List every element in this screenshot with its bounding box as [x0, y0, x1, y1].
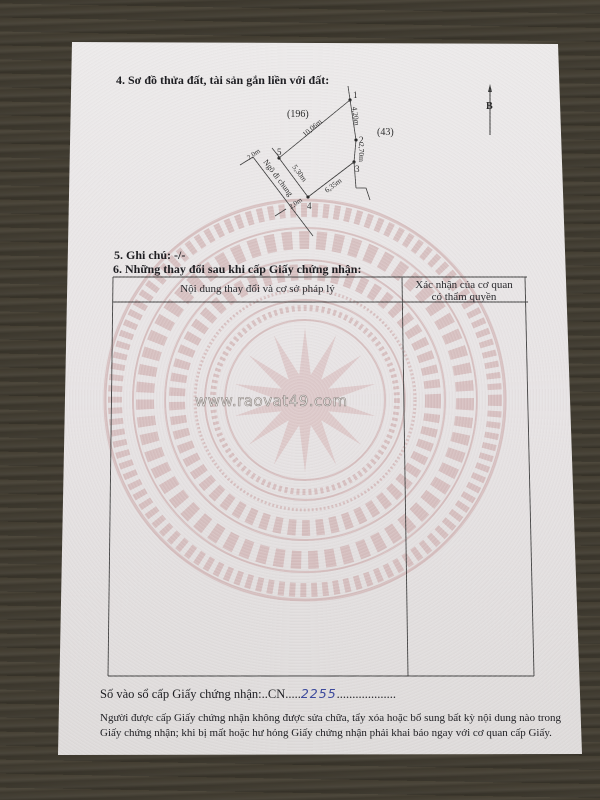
registry-number-handwritten: 2255: [301, 686, 337, 701]
edge-length-5-1: 10,06m: [301, 117, 324, 139]
neighbor-parcel-196: (196): [287, 109, 309, 120]
section-4-title: 4. Sơ đồ thửa đất, tài sản gắn liền với …: [116, 73, 329, 88]
notice-line-1: Người được cấp Giấy chứng nhận không đượ…: [100, 712, 561, 724]
table-header-confirmation: Xác nhận của cơ quan có thẩm quyền: [402, 279, 526, 303]
section-6-title: 6. Những thay đổi sau khi cấp Giấy chứng…: [113, 262, 361, 277]
north-label: B: [486, 101, 493, 112]
table-header-confirmation-line2: có thẩm quyền: [402, 291, 526, 303]
edge-length-2-3: 2,70m: [357, 143, 366, 162]
alley-width-top: 2,0m: [246, 147, 263, 162]
neighbor-parcel-43: (43): [377, 127, 394, 138]
point-label-3: 3: [355, 164, 360, 174]
registry-dots: ...................: [337, 687, 396, 701]
registry-prefix: CN: [268, 687, 285, 701]
table-header-changes: Nội dung thay đổi và cơ sở pháp lý: [113, 283, 402, 295]
changes-table-lines: [108, 277, 534, 676]
edge-length-4-5: 5,30m: [290, 163, 309, 184]
edge-length-3-4: 6,35m: [323, 176, 344, 195]
registry-label: Số vào sổ cấp Giấy chứng nhận:..: [100, 687, 268, 701]
registry-number-line: Số vào sổ cấp Giấy chứng nhận:..CN.....2…: [100, 686, 396, 702]
notice-line-2: Giấy chứng nhận; khi bị mất hoặc hư hỏng…: [100, 727, 552, 739]
point-label-1: 1: [353, 90, 358, 100]
edge-length-1-2: 4,20m: [350, 106, 362, 126]
point-label-4: 4: [307, 201, 312, 211]
alley-label: Ngõ đi chung: [261, 158, 294, 198]
table-header-confirmation-line1: Xác nhận của cơ quan: [402, 279, 526, 291]
point-label-5: 5: [277, 147, 282, 157]
watermark-text: www.raovat49.com: [195, 392, 348, 410]
section-5-note: 5. Ghi chú: -/-: [114, 248, 185, 263]
